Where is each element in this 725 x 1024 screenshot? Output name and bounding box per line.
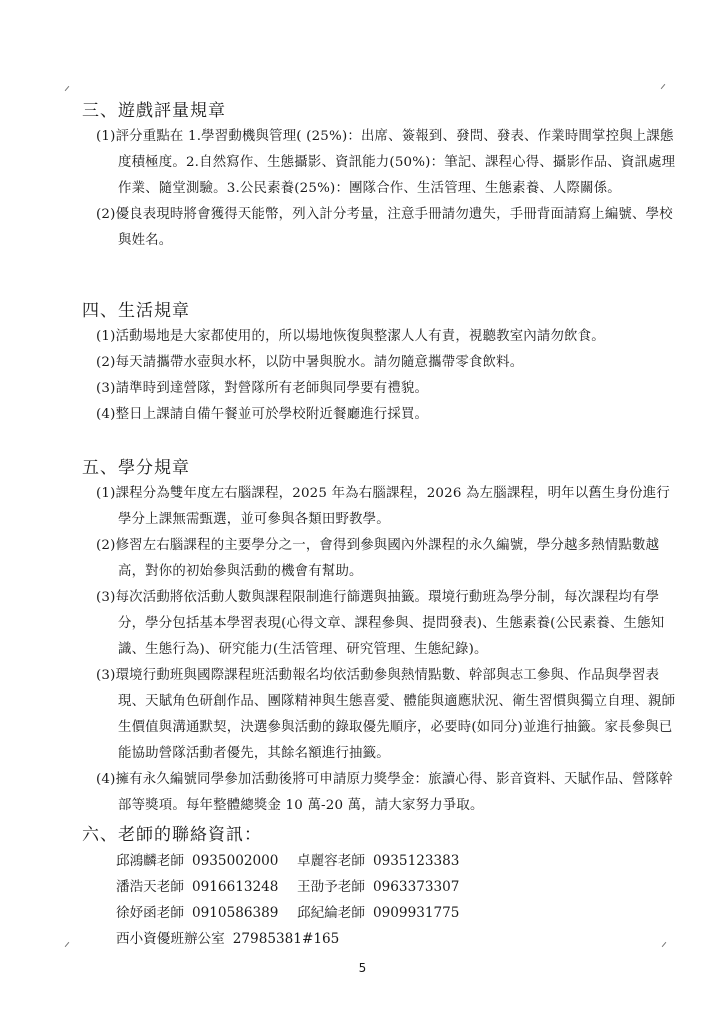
list-item: (2)修習左右腦課程的主要學分之一，會得到參與國內外課程的永久編號，學分越多熱情… — [96, 533, 682, 585]
contact-row: 邱鴻麟老師0935002000 卓麗容老師0935123383 — [116, 848, 682, 874]
contact-entry: 邱鴻麟老師0935002000 — [116, 848, 297, 874]
list-item: (3)請準時到達營隊，對營隊所有老師與同學要有禮貌。 — [96, 376, 682, 402]
office-contact: 西小資優班辦公室27985381#165 — [116, 926, 339, 952]
section-heading: 四、生活規章 — [82, 298, 682, 324]
teacher-name: 王劭予老師 — [297, 879, 365, 895]
contact-row-office: 西小資優班辦公室27985381#165 — [116, 926, 682, 952]
section-credit-rules: 五、學分規章 (1)課程分為雙年度左右腦課程，2025 年為右腦課程，2026 … — [82, 455, 682, 819]
list-item: (1)活動場地是大家都使用的，所以場地恢復與整潔人人有責，視聽教室內請勿飲食。 — [96, 324, 682, 350]
crop-mark-top-right — [661, 84, 666, 89]
crop-mark-bottom-left — [65, 942, 70, 947]
office-phone: 27985381#165 — [233, 931, 340, 947]
teacher-name: 徐妤函老師 — [116, 905, 184, 921]
teacher-phone: 0935123383 — [373, 853, 460, 869]
document-page: 三、遊戲評量規章 (1)評分重點在 1.學習動機與管理( (25%)：出席、簽報… — [0, 0, 725, 1024]
contact-list: 邱鴻麟老師0935002000 卓麗容老師0935123383 潘浩天老師091… — [116, 848, 682, 952]
list-item: (3)每次活動將依活動人數與課程限制進行篩選與抽籤。環境行動班為學分制，每次課程… — [96, 585, 682, 663]
list-item: (1)評分重點在 1.學習動機與管理( (25%)：出席、簽報到、發問、發表、作… — [96, 124, 682, 202]
teacher-phone: 0935002000 — [192, 853, 279, 869]
list-item: (3)環境行動班與國際課程班活動報名均依活動參與熱情點數、幹部與志工參與、作品與… — [96, 663, 682, 767]
office-name: 西小資優班辦公室 — [116, 931, 225, 947]
contact-entry: 邱紀綸老師0909931775 — [297, 900, 478, 926]
teacher-phone: 0963373307 — [373, 879, 460, 895]
list-item: (2)每天請攜帶水壺與水杯，以防中暑與脫水。請勿隨意攜帶零食飲料。 — [96, 350, 682, 376]
teacher-name: 卓麗容老師 — [297, 853, 365, 869]
teacher-name: 潘浩天老師 — [116, 879, 184, 895]
section-heading: 六、老師的聯絡資訊： — [82, 822, 682, 848]
list-item: (4)擁有永久編號同學參加活動後將可申請原力獎學金：旅讀心得、影音資料、天賦作品… — [96, 767, 682, 819]
teacher-phone: 0910586389 — [192, 905, 279, 921]
section-teacher-contacts: 六、老師的聯絡資訊： 邱鴻麟老師0935002000 卓麗容老師09351233… — [82, 822, 682, 952]
contact-entry: 卓麗容老師0935123383 — [297, 848, 478, 874]
teacher-name: 邱紀綸老師 — [297, 905, 365, 921]
teacher-name: 邱鴻麟老師 — [116, 853, 184, 869]
section-heading: 五、學分規章 — [82, 455, 682, 481]
list-item: (1)課程分為雙年度左右腦課程，2025 年為右腦課程，2026 為左腦課程，明… — [96, 481, 682, 533]
teacher-phone: 0916613248 — [192, 879, 279, 895]
page-number: 5 — [0, 961, 725, 975]
list-item: (4)整日上課請自備午餐並可於學校附近餐廳進行採買。 — [96, 402, 682, 428]
teacher-phone: 0909931775 — [373, 905, 460, 921]
contact-entry: 潘浩天老師0916613248 — [116, 874, 297, 900]
contact-entry: 王劭予老師0963373307 — [297, 874, 478, 900]
contact-row: 徐妤函老師0910586389 邱紀綸老師0909931775 — [116, 900, 682, 926]
section-life-rules: 四、生活規章 (1)活動場地是大家都使用的，所以場地恢復與整潔人人有責，視聽教室… — [82, 298, 682, 428]
contact-entry: 徐妤函老師0910586389 — [116, 900, 297, 926]
contact-row: 潘浩天老師0916613248 王劭予老師0963373307 — [116, 874, 682, 900]
list-item: (2)優良表現時將會獲得天能幣，列入計分考量，注意手冊請勿遺失，手冊背面請寫上編… — [96, 202, 682, 254]
section-heading: 三、遊戲評量規章 — [82, 98, 682, 124]
section-game-rules: 三、遊戲評量規章 (1)評分重點在 1.學習動機與管理( (25%)：出席、簽報… — [82, 98, 682, 254]
crop-mark-top-left — [65, 86, 70, 91]
